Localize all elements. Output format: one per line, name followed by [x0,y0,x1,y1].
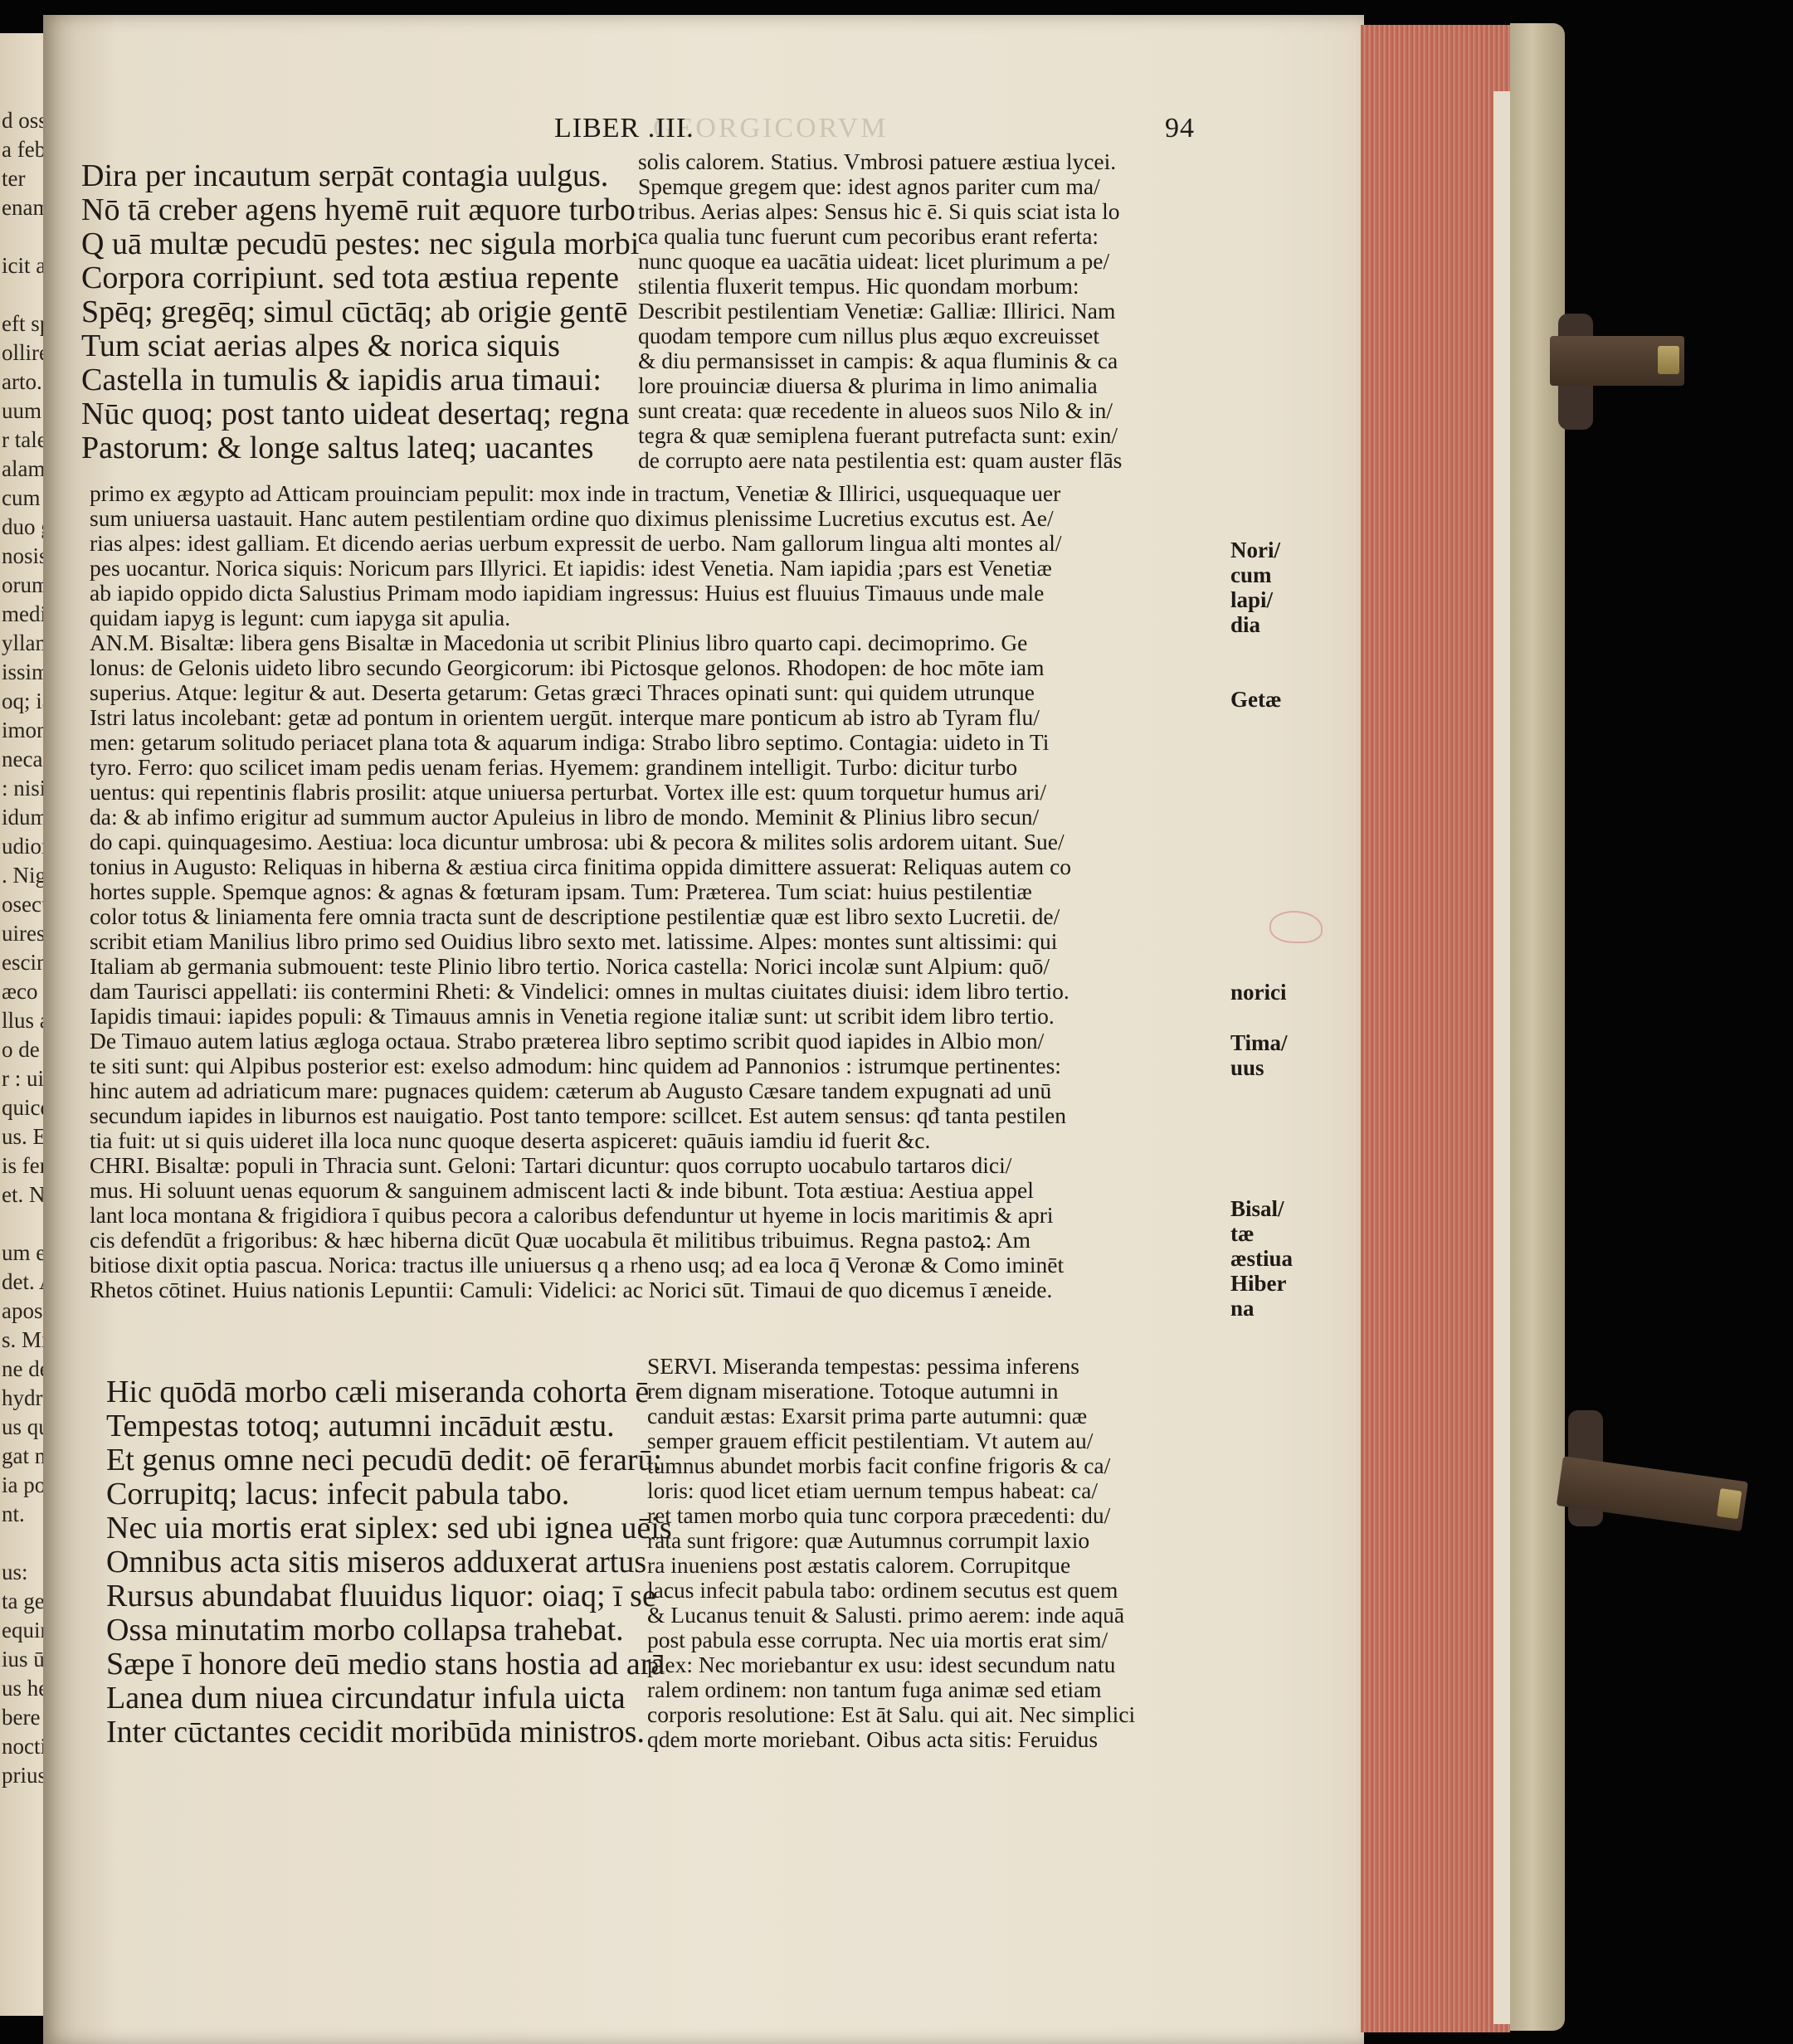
verse-line: Castella in tumulis & iapidis arua timau… [81,363,639,397]
verse-line: Lanea dum niuea circundatur infula uicta [106,1681,672,1715]
commentary-line: Iapidis timaui: iapides populi: & Timauu… [90,1004,1071,1029]
commentary-line: SERVI. Miseranda tempestas: pessima infe… [647,1354,1135,1379]
commentary-line: ret tamen morbo quia tunc corpora præced… [647,1503,1135,1528]
verse-line: Hic quōdā morbo cæli miseranda cohorta ē [106,1375,672,1409]
commentary-line: uentus: qui repentinis flabris prosilit:… [90,780,1071,805]
left-page-line: ter [2,166,25,191]
commentary-line: ca qualia tunc fuerunt cum pecoribus era… [638,224,1122,249]
verse-line: Sæpe ī honore deū medio stans hostia ad … [106,1647,672,1681]
marginal-note-norici: norici [1230,980,1287,1005]
commentary-line: AN.M. Bisaltæ: libera gens Bisaltæ in Ma… [90,630,1071,655]
commentary-top-right: solis calorem. Statius. Vmbrosi patuere … [638,149,1122,473]
running-head-title: LIBER .III. [554,113,694,144]
commentary-line: tumnus abundet morbis facit confine frig… [647,1453,1135,1478]
verse-line: Tum sciat aerias alpes & norica siquis [81,329,639,363]
margin-line: na [1230,1296,1293,1321]
margin-line: Bisal/ [1230,1196,1293,1221]
margin-line: lapi/ [1230,587,1280,612]
commentary-line: cis defendūt a frigoribus: & hæc hiberna… [90,1228,1071,1253]
commentary-line: primo ex ægypto ad Atticam prouinciam pe… [90,481,1071,506]
marginal-note-timauus: Tima/ uus [1230,1030,1288,1080]
commentary-line: CHRI. Bisaltæ: populi in Thracia sunt. G… [90,1153,1071,1178]
commentary-line: sum uniuersa uastauit. Hanc autem pestil… [90,506,1071,531]
margin-line: Hiber [1230,1271,1293,1296]
verse-line: Nec uia mortis erat siplex: sed ubi igne… [106,1511,672,1545]
running-head: LIBER .III. 94 [554,113,694,144]
verse-line: Nūc quoq; post tanto uideat desertaq; re… [81,397,639,431]
marginal-note-getae: Getæ [1230,687,1281,712]
verse-line: Nō tā creber agens hyemē ruit æquore tur… [81,193,639,227]
commentary-line: de corrupto aere nata pestilentia est: q… [638,448,1122,473]
commentary-line: color totus & liniamenta fere omnia trac… [90,904,1071,929]
commentary-line: lonus: de Gelonis uideto libro secundo G… [90,655,1071,680]
commentary-line: ra inueniens post æstatis calorem. Corru… [647,1553,1135,1578]
verse-line: Q uā multæ pecudū pestes: nec sigula mor… [81,227,639,261]
commentary-line: & diu permansisset in campis: & aqua flu… [638,348,1122,373]
commentary-line: bitiose dixit optia pascua. Norica: trac… [90,1253,1071,1277]
pencil-mark [1269,911,1323,943]
margin-line: Tima/ [1230,1030,1288,1055]
commentary-line: secundum iapides in liburnos est nauigat… [90,1103,1071,1128]
verse-line: Rursus abundabat fluuidus liquor: oiaq; … [106,1579,672,1613]
commentary-line: lant loca montana & frigidiora ī quibus … [90,1203,1071,1228]
commentary-line: semper grauem efficit pestilentiam. Vt a… [647,1428,1135,1453]
verse-line: Pastorum: & longe saltus lateq; uacantes [81,431,639,465]
commentary-line: rem dignam miseratione. Totoque autumni … [647,1379,1135,1404]
commentary-line: sunt creata: quæ recedente in alueos suo… [638,398,1122,423]
commentary-line: do capi. quinquagesimo. Aestiua: loca di… [90,830,1071,854]
commentary-line: canduit æstas: Exarsit prima parte autum… [647,1404,1135,1428]
commentary-line: rias alpes: idest galliam. Et dicendo ae… [90,531,1071,556]
verse-block-top: Dira per incautum serpāt contagia uulgus… [81,159,639,465]
commentary-line: da: & ab infimo erigitur ad summum aucto… [90,805,1071,830]
verse-line: Corrupitq; lacus: infecit pabula tabo. [106,1477,672,1511]
commentary-line: Istri latus incolebant: getæ ad pontum i… [90,705,1071,730]
commentary-line: scribit etiam Manilius libro primo sed O… [90,929,1071,954]
margin-line: dia [1230,612,1280,637]
commentary-line: Describit pestilentiam Venetiæ: Galliæ: … [638,299,1122,324]
endpaper-edge [1493,91,1510,2024]
commentary-line: stilentia fluxerit tempus. Hic quondam m… [638,274,1122,299]
commentary-line: loris: quod licet etiam uernum tempus ha… [647,1478,1135,1503]
commentary-line: quidam iapyg is legunt: cum iapyga sit a… [90,606,1071,630]
verse-line: Dira per incautum serpāt contagia uulgus… [81,159,639,193]
commentary-line: Rhetos cōtinet. Huius nationis Lepuntii:… [90,1277,1071,1302]
clasp-top [1550,336,1684,386]
verse-line: Inter cūctantes cecidit moribūda ministr… [106,1715,672,1750]
commentary-line: hortes supple. Spemque agnos: & agnas & … [90,879,1071,904]
commentary-line: te siti sunt: qui Alpibus posterior est:… [90,1054,1071,1078]
commentary-line: Italiam ab germania submouent: teste Pli… [90,954,1071,979]
margin-line: uus [1230,1055,1288,1080]
commentary-line: tonius in Augusto: Reliquas in hiberna &… [90,854,1071,879]
verse-line: Et genus omne neci pecudū dedit: oē fera… [106,1443,672,1477]
commentary-line: lore prouinciæ diuersa & plurima in limo… [638,373,1122,398]
verse-line: Spēq; gregēq; simul cūctāq; ab origie ge… [81,295,639,329]
commentary-line: ab iapido oppido dicta Salustius Primam … [90,581,1071,606]
verse-line: Omnibus acta sitis miseros adduxerat art… [106,1545,672,1579]
commentary-line: nunc quoque ea uacātia uideat: licet plu… [638,249,1122,274]
folio-number: 94 [1165,113,1195,144]
commentary-line: mus. Hi soluunt uenas equorum & sanguine… [90,1178,1071,1203]
margin-line: cum [1230,562,1280,587]
commentary-bottom-right: SERVI. Miseranda tempestas: pessima infe… [647,1354,1135,1752]
margin-line: tæ [1230,1221,1293,1246]
commentary-line: pes uocantur. Norica siquis: Noricum par… [90,556,1071,581]
commentary-line: men: getarum solitudo periacet plana tot… [90,730,1071,755]
red-fore-edge [1361,25,1510,2032]
recto-page: GEORGICORVM LIBER .III. 94 Dira per inca… [43,15,1364,2044]
commentary-line: qdem morte moriebant. Oibus acta sitis: … [647,1727,1135,1752]
commentary-line: solis calorem. Statius. Vmbrosi patuere … [638,149,1122,174]
margin-line: æstiua [1230,1246,1293,1271]
verse-line: Tempestas totoq; autumni incāduit æstu. [106,1409,672,1443]
vellum-binding [1510,23,1565,2031]
marginal-note-bisaltae: Bisal/ tæ æstiua Hiber na [1230,1196,1293,1321]
commentary-line: corporis resolutione: Est āt Salu. qui a… [647,1702,1135,1727]
commentary-line: tia fuit: ut si quis uideret illa loca n… [90,1128,1071,1153]
commentary-line: post pabula esse corrupta. Nec uia morti… [647,1628,1135,1652]
verse-line: Ossa minutatim morbo collapsa trahebat. [106,1613,672,1647]
commentary-line: tyro. Ferro: quo scilicet imam pedis uen… [90,755,1071,780]
brass-catch-icon [1717,1488,1742,1519]
commentary-full-width: primo ex ægypto ad Atticam prouinciam pe… [90,481,1071,1302]
left-page-line: us: [2,1560,28,1584]
commentary-line: dam Taurisci appellati: iis contermini R… [90,979,1071,1004]
margin-line: Nori/ [1230,538,1280,562]
marginal-note-noricum: Nori/ cum lapi/ dia [1230,538,1280,637]
commentary-line: rata sunt frigore: quæ Autumnus corrumpi… [647,1528,1135,1553]
commentary-line: quodam tempore cum nillus plus æquo excr… [638,324,1122,348]
commentary-line: Spemque gregem que: idest agnos pariter … [638,174,1122,199]
commentary-line: & Lucanus tenuit & Salusti. primo aerem:… [647,1603,1135,1628]
commentary-line: De Timauo autem latius ægloga octaua. St… [90,1029,1071,1054]
verse-block-bottom: Hic quōdā morbo cæli miseranda cohorta ē… [106,1375,672,1750]
left-page-line: nt. [2,1501,25,1526]
brass-catch-icon [1658,346,1679,374]
margin-line: Getæ [1230,687,1281,712]
commentary-line: tribus. Aerias alpes: Sensus hic ē. Si q… [638,199,1122,224]
commentary-line: plex: Nec moriebantur ex usu: idest secu… [647,1652,1135,1677]
commentary-line: lacus infecit pabula tabo: ordinem secut… [647,1578,1135,1603]
verse-line: Corpora corripiunt. sed tota æstiua repe… [81,261,639,295]
commentary-line: ralem ordinem: non tantum fuga animæ sed… [647,1677,1135,1702]
commentary-line: tegra & quæ semiplena fuerant putrefacta… [638,423,1122,448]
margin-line: norici [1230,980,1287,1005]
commentary-line: superius. Atque: legitur & aut. Deserta … [90,680,1071,705]
commentary-line: hinc autem ad adriaticum mare: pugnaces … [90,1078,1071,1103]
